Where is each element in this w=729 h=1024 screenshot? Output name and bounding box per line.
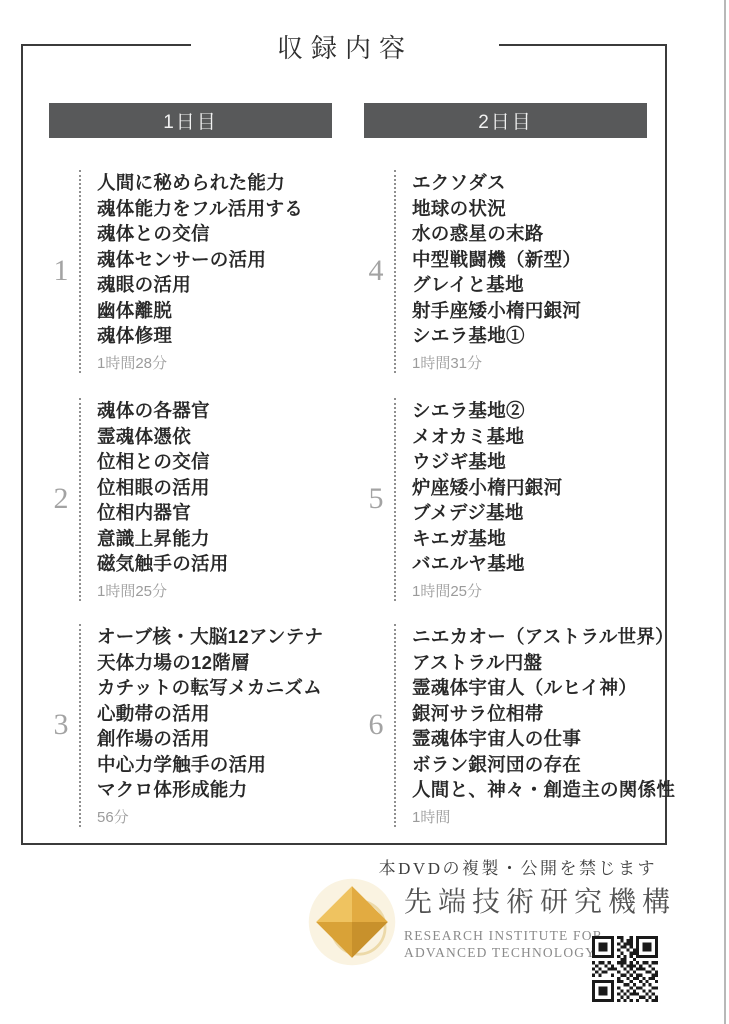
section-item: 魂眼の活用 (97, 272, 303, 298)
section-item: キエガ基地 (412, 526, 562, 552)
section-item: 霊魂体宇宙人（ルヒイ神） (412, 675, 675, 701)
section-number: 6 (358, 708, 394, 742)
day2-header-label: 2日目 (478, 107, 533, 134)
section-item: 天体力場の12階層 (97, 650, 323, 676)
section-item: オーブ核・大脳12アンテナ (97, 624, 323, 650)
section-item: 魂体との交信 (97, 221, 303, 247)
section-item: メオカミ基地 (412, 424, 562, 450)
section-item: ボラン銀河団の存在 (412, 752, 675, 778)
section-item: 魂体センサーの活用 (97, 247, 303, 273)
section-item: 人間に秘められた能力 (97, 170, 303, 196)
section-item: 霊魂体憑依 (97, 424, 229, 450)
section-number: 1 (43, 254, 79, 288)
gold-diamond-logo-icon (306, 876, 398, 968)
qr-code-icon (592, 936, 658, 1002)
section-3: 3 オーブ核・大脳12アンテナ 天体力場の12階層 カチットの転写メカニズム 心… (43, 624, 323, 827)
section-item: 銀河サラ位相帯 (412, 701, 675, 727)
section-item: 水の惑星の末路 (412, 221, 581, 247)
section-list: 魂体の各器官 霊魂体憑依 位相との交信 位相眼の活用 位相内器官 意識上昇能力 … (79, 398, 229, 601)
section-list: オーブ核・大脳12アンテナ 天体力場の12階層 カチットの転写メカニズム 心動帯… (79, 624, 323, 827)
section-item: 中心力学触手の活用 (97, 752, 323, 778)
section-item: 魂体修理 (97, 323, 303, 349)
section-item: エクソダス (412, 170, 581, 196)
section-duration: 1時間28分 (97, 352, 303, 373)
section-1: 1 人間に秘められた能力 魂体能力をフル活用する 魂体との交信 魂体センサーの活… (43, 170, 303, 373)
section-item: 霊魂体宇宙人の仕事 (412, 726, 675, 752)
day1-header-bar: 1日目 (49, 103, 332, 138)
day1-header-label: 1日目 (163, 107, 218, 134)
section-item: 位相眼の活用 (97, 475, 229, 501)
section-item: 魂体の各器官 (97, 398, 229, 424)
section-item: カチットの転写メカニズム (97, 675, 323, 701)
section-item: ウジギ基地 (412, 449, 562, 475)
section-item: 中型戦闘機（新型） (412, 247, 581, 273)
section-list: ニエカオー（アストラル世界） アストラル円盤 霊魂体宇宙人（ルヒイ神） 銀河サラ… (394, 624, 675, 827)
content-frame: 1日目 2日目 1 人間に秘められた能力 魂体能力をフル活用する 魂体との交信 … (21, 44, 667, 845)
section-4: 4 エクソダス 地球の状況 水の惑星の末路 中型戦闘機（新型） グレイと基地 射… (358, 170, 581, 373)
section-duration: 1時間25分 (412, 580, 562, 601)
section-item: 人間と、神々・創造主の関係性 (412, 777, 675, 803)
section-item: 地球の状況 (412, 196, 581, 222)
section-duration: 1時間 (412, 806, 675, 827)
section-number: 4 (358, 254, 394, 288)
section-item: ニエカオー（アストラル世界） (412, 624, 675, 650)
section-6: 6 ニエカオー（アストラル世界） アストラル円盤 霊魂体宇宙人（ルヒイ神） 銀河… (358, 624, 675, 827)
organization-name: 先端技術研究機構 (404, 880, 676, 920)
section-item: 魂体能力をフル活用する (97, 196, 303, 222)
section-item: ブメデジ基地 (412, 500, 562, 526)
section-duration: 56分 (97, 806, 323, 827)
copy-notice: 本DVDの複製・公開を禁じます (379, 854, 657, 879)
section-item: 心動帯の活用 (97, 701, 323, 727)
section-item: シエラ基地② (412, 398, 562, 424)
section-list: シエラ基地② メオカミ基地 ウジギ基地 炉座矮小楕円銀河 ブメデジ基地 キエガ基… (394, 398, 562, 601)
section-2: 2 魂体の各器官 霊魂体憑依 位相との交信 位相眼の活用 位相内器官 意識上昇能… (43, 398, 229, 601)
page-edge-line (724, 0, 726, 1024)
section-item: 位相との交信 (97, 449, 229, 475)
section-number: 3 (43, 708, 79, 742)
section-item: 磁気触手の活用 (97, 551, 229, 577)
section-5: 5 シエラ基地② メオカミ基地 ウジギ基地 炉座矮小楕円銀河 ブメデジ基地 キエ… (358, 398, 562, 601)
section-item: シエラ基地① (412, 323, 581, 349)
section-item: 射手座矮小楕円銀河 (412, 298, 581, 324)
section-list: 人間に秘められた能力 魂体能力をフル活用する 魂体との交信 魂体センサーの活用 … (79, 170, 303, 373)
section-duration: 1時間25分 (97, 580, 229, 601)
page-title: 収録内容 (0, 26, 690, 67)
section-item: 幽体離脱 (97, 298, 303, 324)
section-item: 位相内器官 (97, 500, 229, 526)
section-item: グレイと基地 (412, 272, 581, 298)
section-item: 意識上昇能力 (97, 526, 229, 552)
section-item: 創作場の活用 (97, 726, 323, 752)
section-number: 2 (43, 482, 79, 516)
section-number: 5 (358, 482, 394, 516)
section-item: マクロ体形成能力 (97, 777, 323, 803)
section-list: エクソダス 地球の状況 水の惑星の末路 中型戦闘機（新型） グレイと基地 射手座… (394, 170, 581, 373)
section-item: バエルヤ基地 (412, 551, 562, 577)
section-duration: 1時間31分 (412, 352, 581, 373)
section-item: 炉座矮小楕円銀河 (412, 475, 562, 501)
day2-header-bar: 2日目 (364, 103, 647, 138)
section-item: アストラル円盤 (412, 650, 675, 676)
